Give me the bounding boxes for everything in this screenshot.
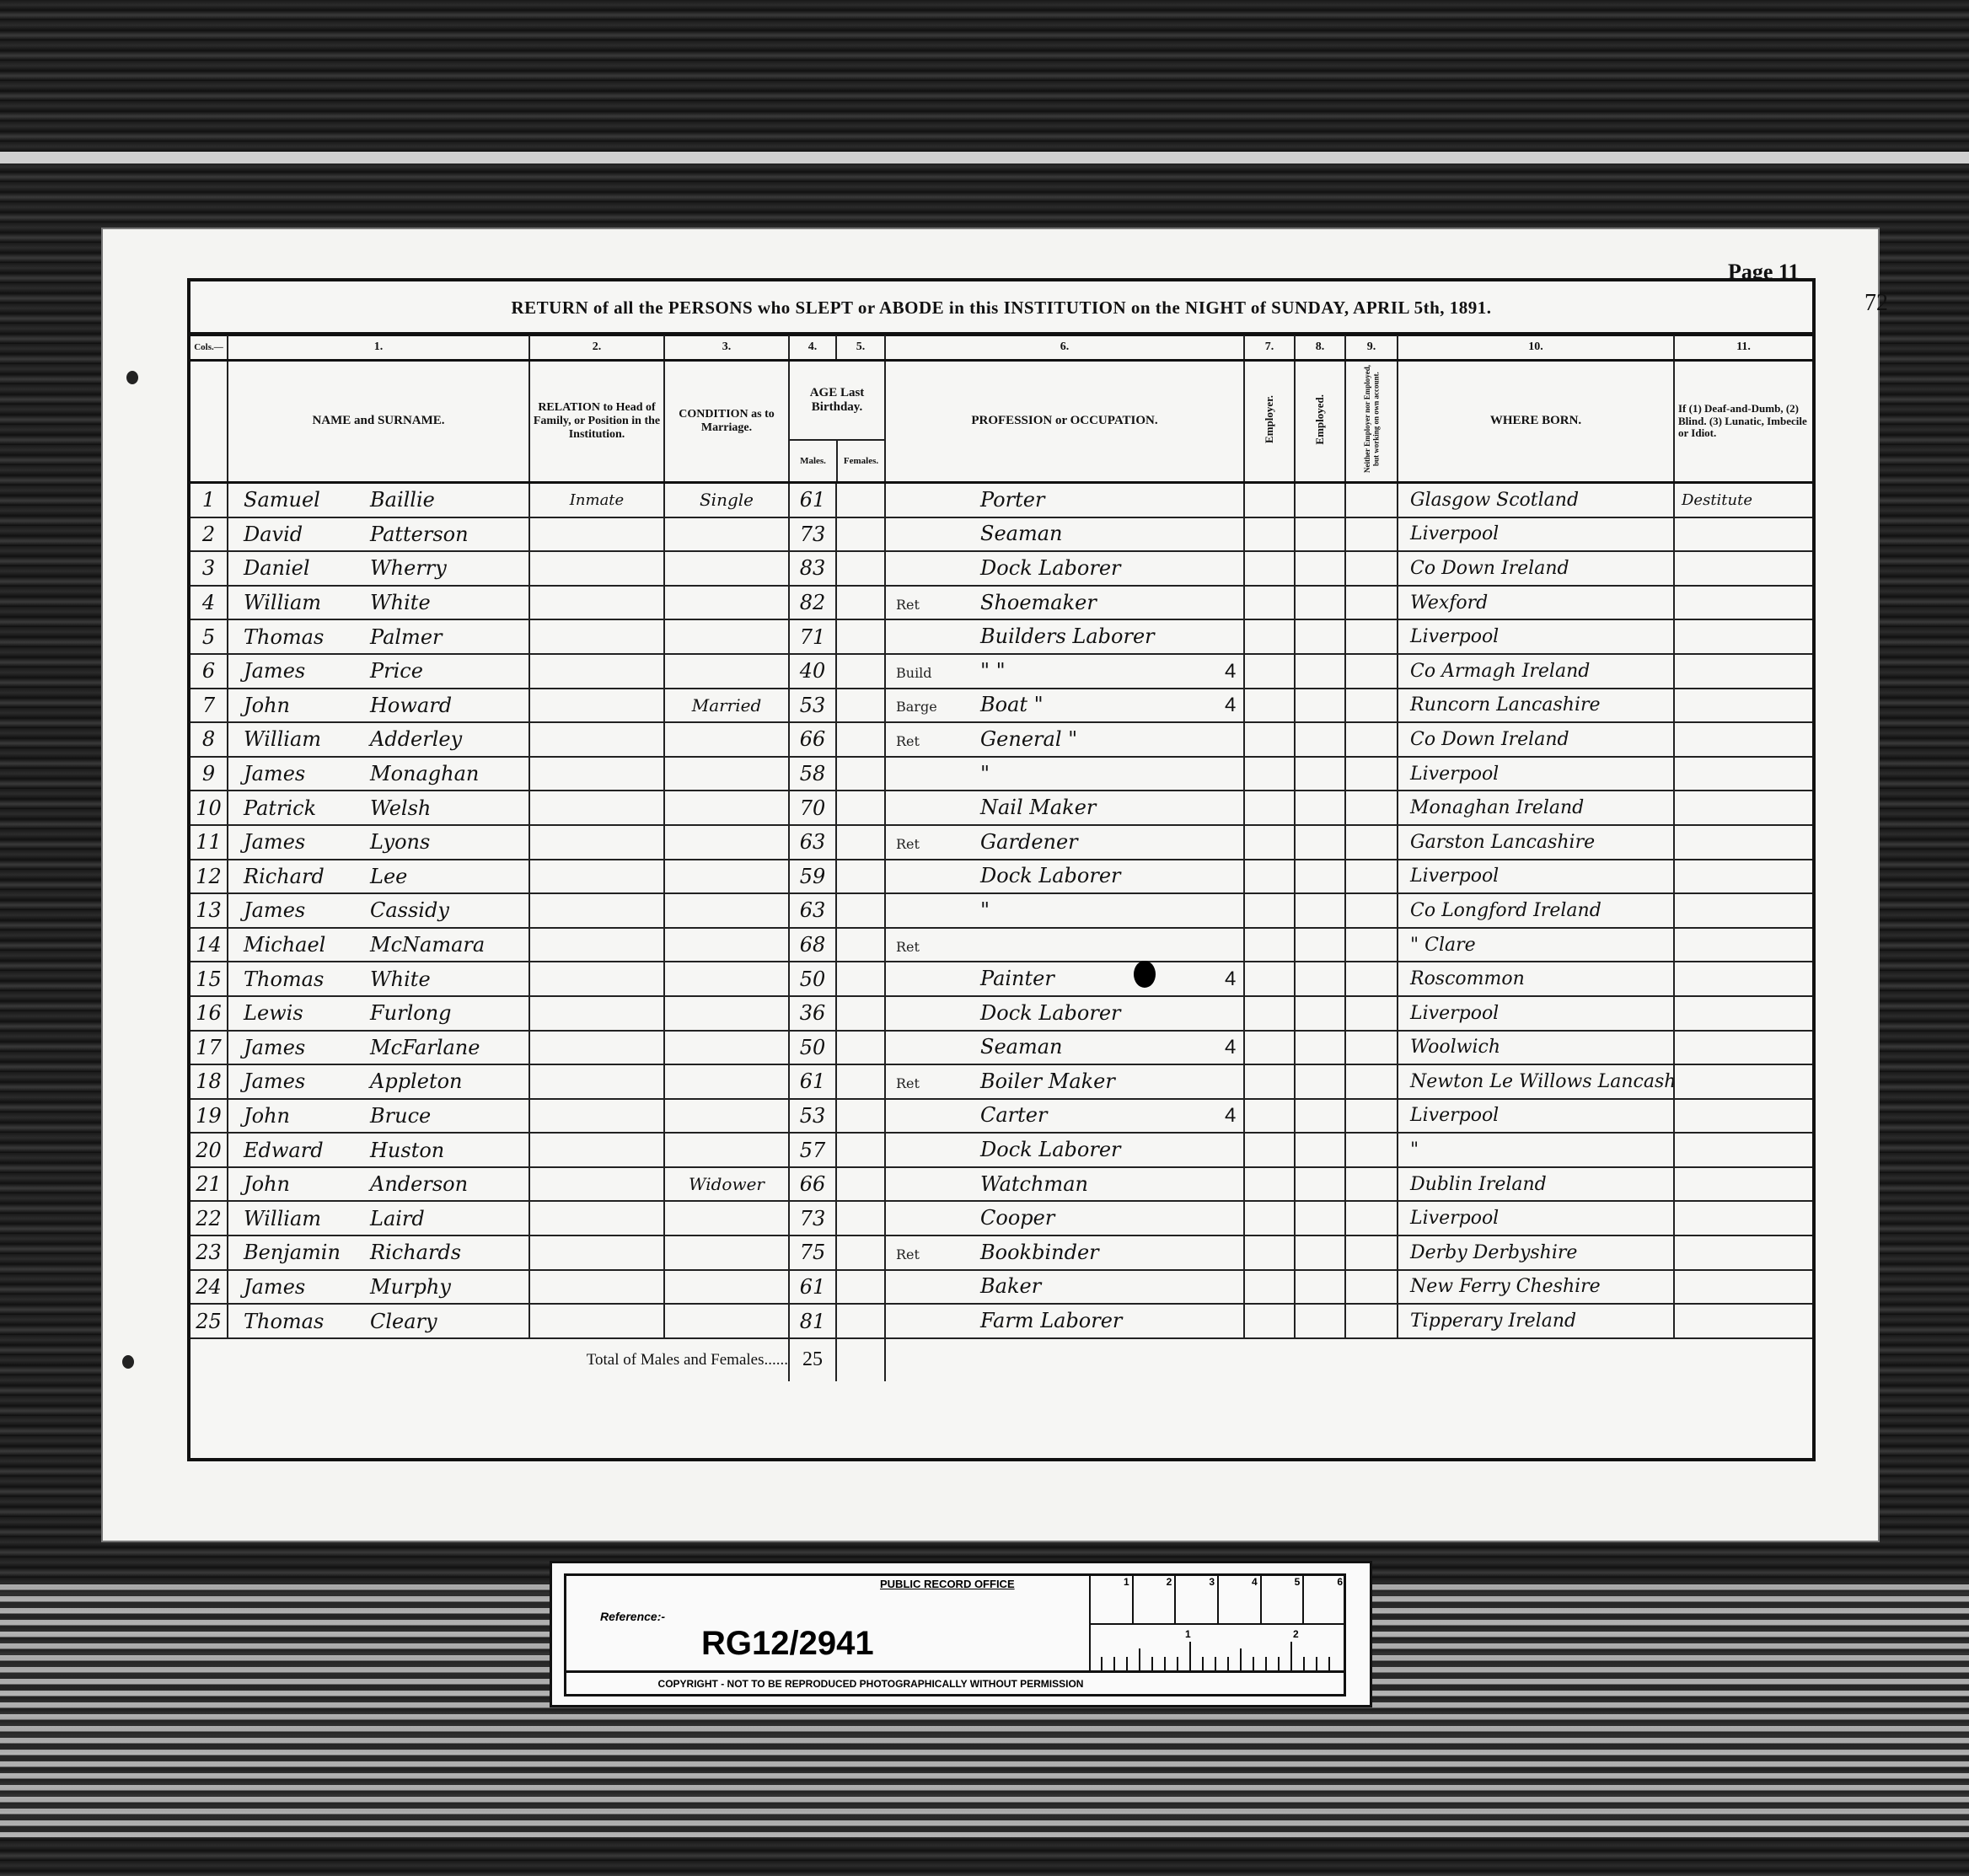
row-number: 8 bbox=[190, 722, 228, 757]
employed bbox=[1295, 791, 1345, 825]
age-male: 63 bbox=[789, 893, 836, 928]
occupation: Farm Laborer bbox=[885, 1304, 1244, 1338]
col-num: 4. bbox=[789, 335, 836, 361]
header-relation: RELATION to Head of Family, or Position … bbox=[529, 361, 664, 483]
person-name: JohnAnderson bbox=[228, 1167, 529, 1202]
first-name: William bbox=[244, 727, 370, 751]
table-row: 9JamesMonaghan58"Liverpool bbox=[190, 757, 1812, 791]
first-name: Benjamin bbox=[244, 1241, 370, 1264]
employer bbox=[1244, 1235, 1295, 1270]
copyright-notice: COPYRIGHT - NOT TO BE REPRODUCED PHOTOGR… bbox=[566, 1670, 1344, 1692]
employer bbox=[1244, 689, 1295, 723]
condition bbox=[664, 1099, 789, 1134]
first-name: James bbox=[244, 762, 370, 785]
surname: Price bbox=[370, 659, 423, 683]
header-employer-label: Employer. bbox=[1263, 395, 1276, 443]
ruler-mark: 1 bbox=[1091, 1576, 1134, 1623]
header-employed-label: Employed. bbox=[1314, 394, 1327, 445]
surname: Appleton bbox=[370, 1069, 463, 1093]
ruler-tick bbox=[1113, 1657, 1115, 1670]
own-account bbox=[1345, 654, 1398, 689]
surname: Howard bbox=[370, 694, 452, 717]
occupation: Painter4 bbox=[885, 962, 1244, 996]
col-num: 3. bbox=[664, 335, 789, 361]
employer bbox=[1244, 1201, 1295, 1235]
age-female bbox=[836, 962, 885, 996]
occupation-annotation: Ret bbox=[896, 597, 955, 613]
where-born: " bbox=[1398, 1133, 1674, 1167]
age-male: 50 bbox=[789, 962, 836, 996]
surname: Anderson bbox=[370, 1172, 468, 1196]
table-row: 7JohnHowardMarried53BargeBoat "4Runcorn … bbox=[190, 689, 1812, 723]
table-row: 6JamesPrice40Build" "4Co Armagh Ireland bbox=[190, 654, 1812, 689]
employer bbox=[1244, 586, 1295, 620]
surname: McFarlane bbox=[370, 1036, 480, 1059]
ruler-tick bbox=[1151, 1657, 1153, 1670]
person-name: ThomasPalmer bbox=[228, 619, 529, 654]
person-name: JamesMcFarlane bbox=[228, 1031, 529, 1065]
occupation: Build" "4 bbox=[885, 654, 1244, 689]
condition bbox=[664, 928, 789, 962]
relation: Inmate bbox=[529, 483, 664, 517]
row-number: 3 bbox=[190, 551, 228, 586]
where-born: Garston Lancashire bbox=[1398, 825, 1674, 860]
infirmity bbox=[1674, 1064, 1812, 1099]
relation bbox=[529, 757, 664, 791]
total-blank bbox=[885, 1338, 1812, 1381]
condition bbox=[664, 996, 789, 1031]
age-male: 57 bbox=[789, 1133, 836, 1167]
employed bbox=[1295, 586, 1345, 620]
first-name: James bbox=[244, 659, 370, 683]
condition bbox=[664, 551, 789, 586]
where-born: Liverpool bbox=[1398, 996, 1674, 1031]
age-female bbox=[836, 1133, 885, 1167]
form-title: RETURN of all the PERSONS who SLEPT or A… bbox=[190, 281, 1812, 336]
occupation-code: 4 bbox=[1225, 1104, 1236, 1127]
occupation-text: " bbox=[980, 762, 1225, 785]
office-name: PUBLIC RECORD OFFICE bbox=[880, 1578, 1015, 1590]
person-name: RichardLee bbox=[228, 860, 529, 894]
age-male: 70 bbox=[789, 791, 836, 825]
relation bbox=[529, 551, 664, 586]
first-name: James bbox=[244, 898, 370, 922]
employer bbox=[1244, 551, 1295, 586]
column-number-row: Cols.— 1. 2. 3. 4. 5. 6. 7. 8. 9. 10. 11… bbox=[190, 335, 1812, 361]
person-name: LewisFurlong bbox=[228, 996, 529, 1031]
relation bbox=[529, 1201, 664, 1235]
first-name: John bbox=[244, 1104, 370, 1128]
own-account bbox=[1345, 1031, 1398, 1065]
condition bbox=[664, 962, 789, 996]
where-born: Liverpool bbox=[1398, 1099, 1674, 1134]
person-name: MichaelMcNamara bbox=[228, 928, 529, 962]
employer bbox=[1244, 1031, 1295, 1065]
col-num: Cols.— bbox=[190, 335, 228, 361]
row-number: 10 bbox=[190, 791, 228, 825]
employer bbox=[1244, 1304, 1295, 1338]
where-born: Runcorn Lancashire bbox=[1398, 689, 1674, 723]
ruler-tick bbox=[1227, 1657, 1229, 1670]
occupation-text: " " bbox=[980, 659, 1225, 683]
row-number: 1 bbox=[190, 483, 228, 517]
employer bbox=[1244, 517, 1295, 552]
employed bbox=[1295, 893, 1345, 928]
employed bbox=[1295, 1235, 1345, 1270]
age-female bbox=[836, 586, 885, 620]
ruler-tick bbox=[1101, 1657, 1103, 1670]
col-num: 1. bbox=[228, 335, 529, 361]
first-name: Thomas bbox=[244, 625, 370, 649]
employer bbox=[1244, 1099, 1295, 1134]
employer bbox=[1244, 860, 1295, 894]
col-num: 11. bbox=[1674, 335, 1812, 361]
own-account bbox=[1345, 1235, 1398, 1270]
condition bbox=[664, 893, 789, 928]
occupation-text: Dock Laborer bbox=[980, 1001, 1225, 1025]
row-number: 7 bbox=[190, 689, 228, 723]
ruler-bottom: 1 2 bbox=[1091, 1625, 1345, 1670]
employer bbox=[1244, 1133, 1295, 1167]
ruler-inch: 1 bbox=[1185, 1628, 1191, 1640]
occupation: " bbox=[885, 893, 1244, 928]
row-number: 11 bbox=[190, 825, 228, 860]
own-account bbox=[1345, 1133, 1398, 1167]
person-name: JohnBruce bbox=[228, 1099, 529, 1134]
relation bbox=[529, 962, 664, 996]
total-label: Total of Males and Females...... bbox=[190, 1338, 789, 1381]
relation bbox=[529, 825, 664, 860]
person-name: EdwardHuston bbox=[228, 1133, 529, 1167]
occupation: RetGardener bbox=[885, 825, 1244, 860]
infirmity bbox=[1674, 860, 1812, 894]
where-born: Woolwich bbox=[1398, 1031, 1674, 1065]
condition bbox=[664, 1031, 789, 1065]
person-name: JamesMonaghan bbox=[228, 757, 529, 791]
employed bbox=[1295, 1270, 1345, 1305]
occupation-code: 4 bbox=[1225, 1036, 1236, 1059]
age-female bbox=[836, 722, 885, 757]
age-female bbox=[836, 1235, 885, 1270]
occupation: Dock Laborer bbox=[885, 996, 1244, 1031]
condition bbox=[664, 1133, 789, 1167]
ruler-tick bbox=[1328, 1657, 1330, 1670]
first-name: William bbox=[244, 1207, 370, 1230]
own-account bbox=[1345, 1064, 1398, 1099]
employer bbox=[1244, 619, 1295, 654]
own-account bbox=[1345, 996, 1398, 1031]
infirmity bbox=[1674, 551, 1812, 586]
ink-blot bbox=[1134, 961, 1156, 988]
age-male: 58 bbox=[789, 757, 836, 791]
employer bbox=[1244, 757, 1295, 791]
occupation-text: Carter bbox=[980, 1103, 1225, 1127]
occupation-text: Shoemaker bbox=[980, 591, 1225, 614]
table-row: 8WilliamAdderley66RetGeneral "Co Down Ir… bbox=[190, 722, 1812, 757]
infirmity bbox=[1674, 962, 1812, 996]
surname: Cleary bbox=[370, 1310, 437, 1333]
relation bbox=[529, 860, 664, 894]
where-born: New Ferry Cheshire bbox=[1398, 1270, 1674, 1305]
occupation: Dock Laborer bbox=[885, 551, 1244, 586]
age-female bbox=[836, 928, 885, 962]
age-female bbox=[836, 1304, 885, 1338]
employed bbox=[1295, 619, 1345, 654]
age-male: 53 bbox=[789, 1099, 836, 1134]
age-female bbox=[836, 517, 885, 552]
age-female bbox=[836, 654, 885, 689]
occupation: Seaman bbox=[885, 517, 1244, 552]
first-name: David bbox=[244, 523, 370, 546]
ruler-tick bbox=[1253, 1657, 1254, 1670]
col-num: 8. bbox=[1295, 335, 1345, 361]
age-female bbox=[836, 689, 885, 723]
occupation: RetShoemaker bbox=[885, 586, 1244, 620]
own-account bbox=[1345, 1304, 1398, 1338]
employer bbox=[1244, 722, 1295, 757]
occupation-text: " bbox=[980, 898, 1225, 922]
header-where-born: WHERE BORN. bbox=[1398, 361, 1674, 483]
relation bbox=[529, 1064, 664, 1099]
ruler-mark: 2 bbox=[1134, 1576, 1177, 1623]
occupation: Dock Laborer bbox=[885, 1133, 1244, 1167]
header-occupation: PROFESSION or OCCUPATION. bbox=[885, 361, 1244, 483]
ruler-tick bbox=[1278, 1657, 1280, 1670]
surname: Wherry bbox=[370, 556, 447, 580]
infirmity bbox=[1674, 1201, 1812, 1235]
header-age-label: AGE Last Birthday. bbox=[790, 362, 884, 441]
own-account bbox=[1345, 1270, 1398, 1305]
first-name: John bbox=[244, 694, 370, 717]
occupation-annotation: Build bbox=[896, 665, 955, 681]
employer bbox=[1244, 654, 1295, 689]
surname: McNamara bbox=[370, 933, 485, 957]
reference-code: RG12/2941 bbox=[701, 1625, 874, 1663]
first-name: James bbox=[244, 1275, 370, 1299]
occupation-annotation: Ret bbox=[896, 836, 955, 852]
person-name: WilliamAdderley bbox=[228, 722, 529, 757]
header-condition: CONDITION as to Marriage. bbox=[664, 361, 789, 483]
where-born: Tipperary Ireland bbox=[1398, 1304, 1674, 1338]
first-name: Thomas bbox=[244, 1310, 370, 1333]
surname: Laird bbox=[370, 1207, 425, 1230]
where-born: Glasgow Scotland bbox=[1398, 483, 1674, 517]
condition bbox=[664, 1304, 789, 1338]
age-male: 66 bbox=[789, 722, 836, 757]
ruler-tick bbox=[1189, 1642, 1191, 1670]
table-row: 11JamesLyons63RetGardenerGarston Lancash… bbox=[190, 825, 1812, 860]
infirmity bbox=[1674, 893, 1812, 928]
age-male: 68 bbox=[789, 928, 836, 962]
surname: Cassidy bbox=[370, 898, 449, 922]
own-account bbox=[1345, 689, 1398, 723]
occupation-annotation: Ret bbox=[896, 733, 955, 749]
row-number: 24 bbox=[190, 1270, 228, 1305]
age-male: 73 bbox=[789, 1201, 836, 1235]
occupation-text: Seaman bbox=[980, 522, 1225, 545]
employed bbox=[1295, 825, 1345, 860]
infirmity bbox=[1674, 517, 1812, 552]
row-number: 9 bbox=[190, 757, 228, 791]
punch-hole bbox=[122, 1355, 134, 1369]
employed bbox=[1295, 517, 1345, 552]
occupation-text: Baker bbox=[980, 1274, 1225, 1298]
where-born: Co Armagh Ireland bbox=[1398, 654, 1674, 689]
own-account bbox=[1345, 619, 1398, 654]
condition bbox=[664, 722, 789, 757]
infirmity bbox=[1674, 1304, 1812, 1338]
infirmity bbox=[1674, 996, 1812, 1031]
age-female bbox=[836, 893, 885, 928]
own-account bbox=[1345, 1167, 1398, 1202]
where-born: Roscommon bbox=[1398, 962, 1674, 996]
age-female bbox=[836, 483, 885, 517]
table-row: 21JohnAndersonWidower66WatchmanDublin Ir… bbox=[190, 1167, 1812, 1202]
age-male: 71 bbox=[789, 619, 836, 654]
occupation: Ret bbox=[885, 928, 1244, 962]
row-number: 18 bbox=[190, 1064, 228, 1099]
person-name: JamesLyons bbox=[228, 825, 529, 860]
occupation-code: 4 bbox=[1225, 694, 1236, 716]
person-name: ThomasCleary bbox=[228, 1304, 529, 1338]
folio-number: 72 bbox=[1864, 290, 1888, 317]
row-number: 20 bbox=[190, 1133, 228, 1167]
where-born: Liverpool bbox=[1398, 860, 1674, 894]
age-male: 81 bbox=[789, 1304, 836, 1338]
relation bbox=[529, 996, 664, 1031]
total-females bbox=[836, 1338, 885, 1381]
person-name: JamesMurphy bbox=[228, 1270, 529, 1305]
occupation: RetGeneral " bbox=[885, 722, 1244, 757]
person-name: PatrickWelsh bbox=[228, 791, 529, 825]
occupation-text: Boiler Maker bbox=[980, 1069, 1225, 1093]
employed bbox=[1295, 962, 1345, 996]
header-employer: Employer. bbox=[1244, 361, 1295, 483]
occupation-annotation: Ret bbox=[896, 939, 955, 955]
infirmity bbox=[1674, 928, 1812, 962]
age-female bbox=[836, 757, 885, 791]
condition bbox=[664, 654, 789, 689]
own-account bbox=[1345, 860, 1398, 894]
row-number: 12 bbox=[190, 860, 228, 894]
condition bbox=[664, 1201, 789, 1235]
person-name: DanielWherry bbox=[228, 551, 529, 586]
surname: Baillie bbox=[370, 488, 435, 512]
first-name: Daniel bbox=[244, 556, 370, 580]
person-name: JamesAppleton bbox=[228, 1064, 529, 1099]
surname: Huston bbox=[370, 1139, 444, 1162]
occupation: Porter bbox=[885, 483, 1244, 517]
table-row: 24JamesMurphy61BakerNew Ferry Cheshire bbox=[190, 1270, 1812, 1305]
occupation: Seaman4 bbox=[885, 1031, 1244, 1065]
where-born: Liverpool bbox=[1398, 619, 1674, 654]
occupation-text: Porter bbox=[980, 488, 1225, 512]
first-name: James bbox=[244, 830, 370, 854]
age-female bbox=[836, 791, 885, 825]
person-name: WilliamWhite bbox=[228, 586, 529, 620]
occupation: Builders Laborer bbox=[885, 619, 1244, 654]
employer bbox=[1244, 791, 1295, 825]
condition bbox=[664, 757, 789, 791]
ruler-mark: 5 bbox=[1262, 1576, 1305, 1623]
col-num: 5. bbox=[836, 335, 885, 361]
age-female bbox=[836, 860, 885, 894]
surname: Murphy bbox=[370, 1275, 451, 1299]
surname: Lee bbox=[370, 865, 407, 888]
employer bbox=[1244, 996, 1295, 1031]
employed bbox=[1295, 860, 1345, 894]
relation bbox=[529, 893, 664, 928]
age-male: 61 bbox=[789, 1064, 836, 1099]
table-row: 18JamesAppleton61RetBoiler MakerNewton L… bbox=[190, 1064, 1812, 1099]
employed bbox=[1295, 928, 1345, 962]
census-table: Cols.— 1. 2. 3. 4. 5. 6. 7. 8. 9. 10. 11… bbox=[190, 335, 1812, 1381]
own-account bbox=[1345, 722, 1398, 757]
surname: White bbox=[370, 591, 431, 614]
occupation: Dock Laborer bbox=[885, 860, 1244, 894]
table-row: 4WilliamWhite82RetShoemakerWexford bbox=[190, 586, 1812, 620]
own-account bbox=[1345, 893, 1398, 928]
row-number: 23 bbox=[190, 1235, 228, 1270]
infirmity bbox=[1674, 722, 1812, 757]
reference-card: PUBLIC RECORD OFFICE Reference:- RG12/29… bbox=[550, 1561, 1372, 1707]
occupation-code: 4 bbox=[1225, 967, 1236, 990]
relation bbox=[529, 619, 664, 654]
occupation: RetBookbinder bbox=[885, 1235, 1244, 1270]
own-account bbox=[1345, 962, 1398, 996]
occupation-text: Seaman bbox=[980, 1035, 1225, 1059]
where-born: " Clare bbox=[1398, 928, 1674, 962]
occupation-text: Farm Laborer bbox=[980, 1309, 1225, 1332]
employed bbox=[1295, 689, 1345, 723]
occupation-text: Bookbinder bbox=[980, 1241, 1225, 1264]
own-account bbox=[1345, 586, 1398, 620]
condition bbox=[664, 825, 789, 860]
where-born: Newton Le Willows Lancashire bbox=[1398, 1064, 1674, 1099]
first-name: Richard bbox=[244, 865, 370, 888]
infirmity bbox=[1674, 757, 1812, 791]
header-infirmity: If (1) Deaf-and-Dumb, (2) Blind. (3) Lun… bbox=[1674, 361, 1812, 483]
occupation: " bbox=[885, 757, 1244, 791]
occupation: RetBoiler Maker bbox=[885, 1064, 1244, 1099]
ruler-tick bbox=[1177, 1657, 1178, 1670]
ruler-mark: 3 bbox=[1176, 1576, 1219, 1623]
occupation-text: Nail Maker bbox=[980, 796, 1225, 819]
employer bbox=[1244, 825, 1295, 860]
infirmity: Destitute bbox=[1674, 483, 1812, 517]
age-female bbox=[836, 619, 885, 654]
surname: Adderley bbox=[370, 727, 462, 751]
occupation: Baker bbox=[885, 1270, 1244, 1305]
relation bbox=[529, 1133, 664, 1167]
employed bbox=[1295, 1201, 1345, 1235]
person-name: DavidPatterson bbox=[228, 517, 529, 552]
person-name: BenjaminRichards bbox=[228, 1235, 529, 1270]
row-number: 25 bbox=[190, 1304, 228, 1338]
scale-ruler: 1 2 3 4 5 6 1 2 bbox=[1089, 1576, 1345, 1670]
infirmity bbox=[1674, 825, 1812, 860]
age-male: 61 bbox=[789, 483, 836, 517]
table-row: 10PatrickWelsh70Nail MakerMonaghan Irela… bbox=[190, 791, 1812, 825]
table-row: 17JamesMcFarlane50Seaman4Woolwich bbox=[190, 1031, 1812, 1065]
occupation-text: Painter bbox=[980, 967, 1225, 990]
row-number: 16 bbox=[190, 996, 228, 1031]
infirmity bbox=[1674, 586, 1812, 620]
infirmity bbox=[1674, 1270, 1812, 1305]
condition bbox=[664, 619, 789, 654]
employed bbox=[1295, 1031, 1345, 1065]
occupation-text: General " bbox=[980, 727, 1225, 751]
